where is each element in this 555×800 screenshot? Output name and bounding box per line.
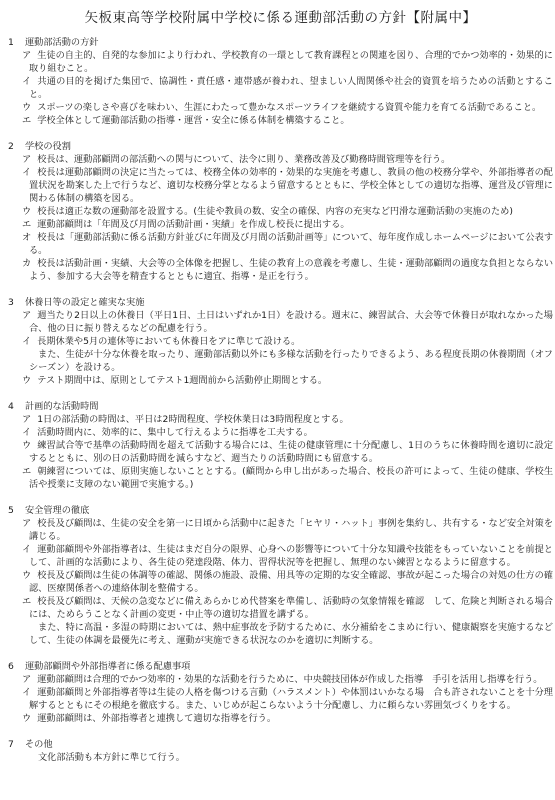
item-marker: オ (22, 232, 31, 243)
item-marker: ウ (22, 375, 31, 386)
section-item: ア校長は、運動部顧問の部活動への関与について、法令に則り、業務改善及び勤務時間管… (8, 153, 553, 166)
section-number: 6 (8, 660, 25, 673)
section-item: エ学校全体として運動部活動の指導・運営・安全に係る体制を構築すること。 (8, 114, 553, 127)
section-heading: 1運動部活動の方針 (8, 36, 553, 49)
section-5: 5安全管理の徹底ア校長及び顧問は、生徒の安全を第一に日頃から活動中に起きた「ヒヤ… (8, 504, 553, 647)
item-marker: エ (22, 466, 31, 477)
item-extra-text: また、生徒が十分な休養を取ったり、運動部活動以外にも多様な活動を行ったりできるよ… (8, 348, 553, 374)
item-marker: ア (22, 50, 31, 61)
sections-container: 1運動部活動の方針ア生徒の自主的、自発的な参加により行われ、学校教育の一環として… (8, 36, 553, 764)
section-item: ウテスト期間中は、原則としてテスト1週間前から活動停止期間とする。 (8, 374, 553, 387)
section-item: ウ練習試合等で基準の活動時間を超えて活動する場合には、生徒の健康管理に十分配慮し… (8, 439, 553, 465)
item-marker: イ (22, 336, 31, 347)
section-item: ア生徒の自主的、自発的な参加により行われ、学校教育の一環として教育課程との関連を… (8, 49, 553, 75)
item-text: 生徒の自主的、自発的な参加により行われ、学校教育の一環として教育課程との関連を図… (29, 50, 553, 74)
section-item: ア校長及び顧問は、生徒の安全を第一に日頃から活動中に起きた「ヒヤリ・ハット」事例… (8, 517, 553, 543)
section-item: ア1日の部活動の時間は、平日は2時間程度、学校休業日は3時間程度とする。 (8, 413, 553, 426)
section-item: エ運動部顧問は「年間及び月間の活動計画・実績」を作成し校長に提出する。 (8, 218, 553, 231)
document-title: 矢板東高等学校附属中学校に係る運動部活動の方針【附属中】 (8, 6, 553, 26)
item-text: 朝練習については、原則実施しないこととする。(顧問から申し出があった場合、校長の… (29, 466, 553, 490)
item-text: 運動部顧問と外部指導者等は生徒の人格を傷つける言動（ハラスメント）や体罰はいかな… (29, 687, 553, 711)
item-marker: イ (22, 687, 31, 698)
section-title: 安全管理の徹底 (25, 505, 89, 516)
section-heading: 2学校の役割 (8, 140, 553, 153)
item-marker: エ (22, 596, 31, 607)
item-marker: イ (22, 427, 31, 438)
item-text: 校長及び顧問は生徒の体調等の確認、関係の施設、設備、用具等の定期的な安全確認、事… (29, 570, 553, 594)
item-text: 活動時間内に、効率的に、集中して行えるように指導を工夫する。 (37, 427, 313, 438)
section-item: ウ運動部顧問は、外部指導者と連携して適切な指導を行う。 (8, 712, 553, 725)
item-text: 校長は「運動部活動に係る活動方針並びに年間及び月間の活動計画等」について、毎年度… (29, 232, 553, 256)
item-marker: ア (22, 310, 31, 321)
item-text: 学校全体として運動部活動の指導・運営・安全に係る体制を構築すること。 (37, 115, 349, 126)
item-text: 運動部顧問や外部指導者は、生徒はまだ自分の限界、心身への影響等について十分な知識… (29, 544, 553, 568)
section-title: 運動部活動の方針 (25, 37, 99, 48)
section-item: ウ校長は適正な数の運動部を設置する。(生徒や教員の数、安全の確保、内容の充実など… (8, 205, 553, 218)
item-marker: ウ (22, 440, 31, 451)
section-title: その他 (25, 739, 53, 750)
section-item: イ長期休業や5月の連休等においても休養日をアに準じて設ける。 (8, 335, 553, 348)
section-3: 3休養日等の設定と確実な実施ア週当たり2日以上の休養日（平日1日、土日はいずれか… (8, 296, 553, 387)
section-item: イ活動時間内に、効率的に、集中して行えるように指導を工夫する。 (8, 426, 553, 439)
item-text: 1日の部活動の時間は、平日は2時間程度、学校休業日は3時間程度とする。 (37, 414, 349, 425)
section-title: 学校の役割 (25, 141, 71, 152)
section-item: イ運動部顧問や外部指導者は、生徒はまだ自分の限界、心身への影響等について十分な知… (8, 543, 553, 569)
document-page: 矢板東高等学校附属中学校に係る運動部活動の方針【附属中】 1運動部活動の方針ア生… (0, 0, 555, 800)
item-text: テスト期間中は、原則としてテスト1週間前から活動停止期間とする。 (37, 375, 327, 386)
item-extra-text: また、特に高温・多湿の時期においては、熱中症事故を予防するために、水分補給をこま… (8, 621, 553, 647)
section-heading: 7その他 (8, 738, 553, 751)
section-2: 2学校の役割ア校長は、運動部顧問の部活動への関与について、法令に則り、業務改善及… (8, 140, 553, 283)
section-4: 4計画的な活動時間ア1日の部活動の時間は、平日は2時間程度、学校休業日は3時間程… (8, 400, 553, 491)
item-text: 運動部顧問は合理的でかつ効率的・効果的な活動を行うために、中央競技団体が作成した… (37, 674, 542, 685)
section-item: イ校長は運動部顧問の決定に当たっては、校務全体の効率的・効果的な実施を考慮し、教… (8, 166, 553, 205)
section-item: ウ校長及び顧問は生徒の体調等の確認、関係の施設、設備、用具等の定期的な安全確認、… (8, 569, 553, 595)
item-text: 共通の目的を掲げた集団で、協調性・責任感・連帯感が養われ、望ましい人間関係や社会… (29, 76, 553, 100)
item-marker: エ (22, 219, 31, 230)
section-1: 1運動部活動の方針ア生徒の自主的、自発的な参加により行われ、学校教育の一環として… (8, 36, 553, 127)
section-item: イ共通の目的を掲げた集団で、協調性・責任感・連帯感が養われ、望ましい人間関係や社… (8, 75, 553, 101)
item-marker: ア (22, 518, 31, 529)
section-number: 1 (8, 36, 25, 49)
section-6: 6運動部顧問や外部指導者に係る配慮事項ア運動部顧問は合理的でかつ効率的・効果的な… (8, 660, 553, 725)
item-marker: ア (22, 414, 31, 425)
section-item: カ校長は活動計画・実績、大会等の全体像を把握し、生徒の教育上の意義を考慮し、生徒… (8, 257, 553, 283)
section-heading: 4計画的な活動時間 (8, 400, 553, 413)
section-item: エ校長及び顧問は、天候の急変などに備えあらかじめ代替案を準備し、活動時の気象情報… (8, 595, 553, 621)
item-text: スポーツの楽しさや喜びを味わい、生涯にわたって豊かなスポーツライフを継続する資質… (37, 102, 541, 113)
item-marker: ウ (22, 102, 31, 113)
section-number: 7 (8, 738, 25, 751)
item-text: 校長は運動部顧問の決定に当たっては、校務全体の効率的・効果的な実施を考慮し、教員… (29, 167, 553, 204)
section-item: 文化部活動も本方針に準じて行う。 (8, 751, 553, 764)
item-text: 運動部顧問は、外部指導者と連携して適切な指導を行う。 (37, 713, 276, 724)
item-marker: イ (22, 544, 31, 555)
item-text: 校長は適正な数の運動部を設置する。(生徒や教員の数、安全の確保、内容の充実など円… (37, 206, 513, 217)
item-text: 文化部活動も本方針に準じて行う。 (38, 752, 185, 763)
section-item: イ運動部顧問と外部指導者等は生徒の人格を傷つける言動（ハラスメント）や体罰はいか… (8, 686, 553, 712)
section-heading: 5安全管理の徹底 (8, 504, 553, 517)
item-marker: ウ (22, 713, 31, 724)
section-title: 計画的な活動時間 (25, 401, 99, 412)
section-item: ウスポーツの楽しさや喜びを味わい、生涯にわたって豊かなスポーツライフを継続する資… (8, 101, 553, 114)
item-text: 長期休業や5月の連休等においても休養日をアに準じて設ける。 (37, 336, 300, 347)
item-text: 校長及び顧問は、生徒の安全を第一に日頃から活動中に起きた「ヒヤリ・ハット」事例を… (29, 518, 553, 542)
section-item: ア運動部顧問は合理的でかつ効率的・効果的な活動を行うために、中央競技団体が作成し… (8, 673, 553, 686)
section-item: オ校長は「運動部活動に係る活動方針並びに年間及び月間の活動計画等」について、毎年… (8, 231, 553, 257)
item-marker: エ (22, 115, 31, 126)
section-heading: 6運動部顧問や外部指導者に係る配慮事項 (8, 660, 553, 673)
section-item: エ朝練習については、原則実施しないこととする。(顧問から申し出があった場合、校長… (8, 465, 553, 491)
item-marker: カ (22, 258, 31, 269)
item-marker: ア (22, 154, 31, 165)
section-title: 休養日等の設定と確実な実施 (25, 297, 144, 308)
item-text: 校長及び顧問は、天候の急変などに備えあらかじめ代替案を準備し、活動時の気象情報を… (29, 596, 553, 620)
item-text: 週当たり2日以上の休養日（平日1日、土日はいずれか1日）を設ける。週末に、練習試… (29, 310, 553, 334)
section-7: 7その他文化部活動も本方針に準じて行う。 (8, 738, 553, 764)
section-number: 2 (8, 140, 25, 153)
item-marker: ア (22, 674, 31, 685)
item-marker: ウ (22, 206, 31, 217)
section-number: 3 (8, 296, 25, 309)
section-heading: 3休養日等の設定と確実な実施 (8, 296, 553, 309)
item-text: 練習試合等で基準の活動時間を超えて活動する場合には、生徒の健康管理に十分配慮し、… (29, 440, 553, 464)
item-marker: イ (22, 76, 31, 87)
item-text: 運動部顧問は「年間及び月間の活動計画・実績」を作成し校長に提出する。 (37, 219, 349, 230)
section-title: 運動部顧問や外部指導者に係る配慮事項 (25, 661, 190, 672)
item-text: 校長は活動計画・実績、大会等の全体像を把握し、生徒の教育上の意義を考慮し、生徒・… (29, 258, 553, 282)
item-text: 校長は、運動部顧問の部活動への関与について、法令に則り、業務改善及び勤務時間管理… (37, 154, 450, 165)
section-item: ア週当たり2日以上の休養日（平日1日、土日はいずれか1日）を設ける。週末に、練習… (8, 309, 553, 335)
section-number: 4 (8, 400, 25, 413)
section-number: 5 (8, 504, 25, 517)
item-marker: ウ (22, 570, 31, 581)
item-marker: イ (22, 167, 31, 178)
